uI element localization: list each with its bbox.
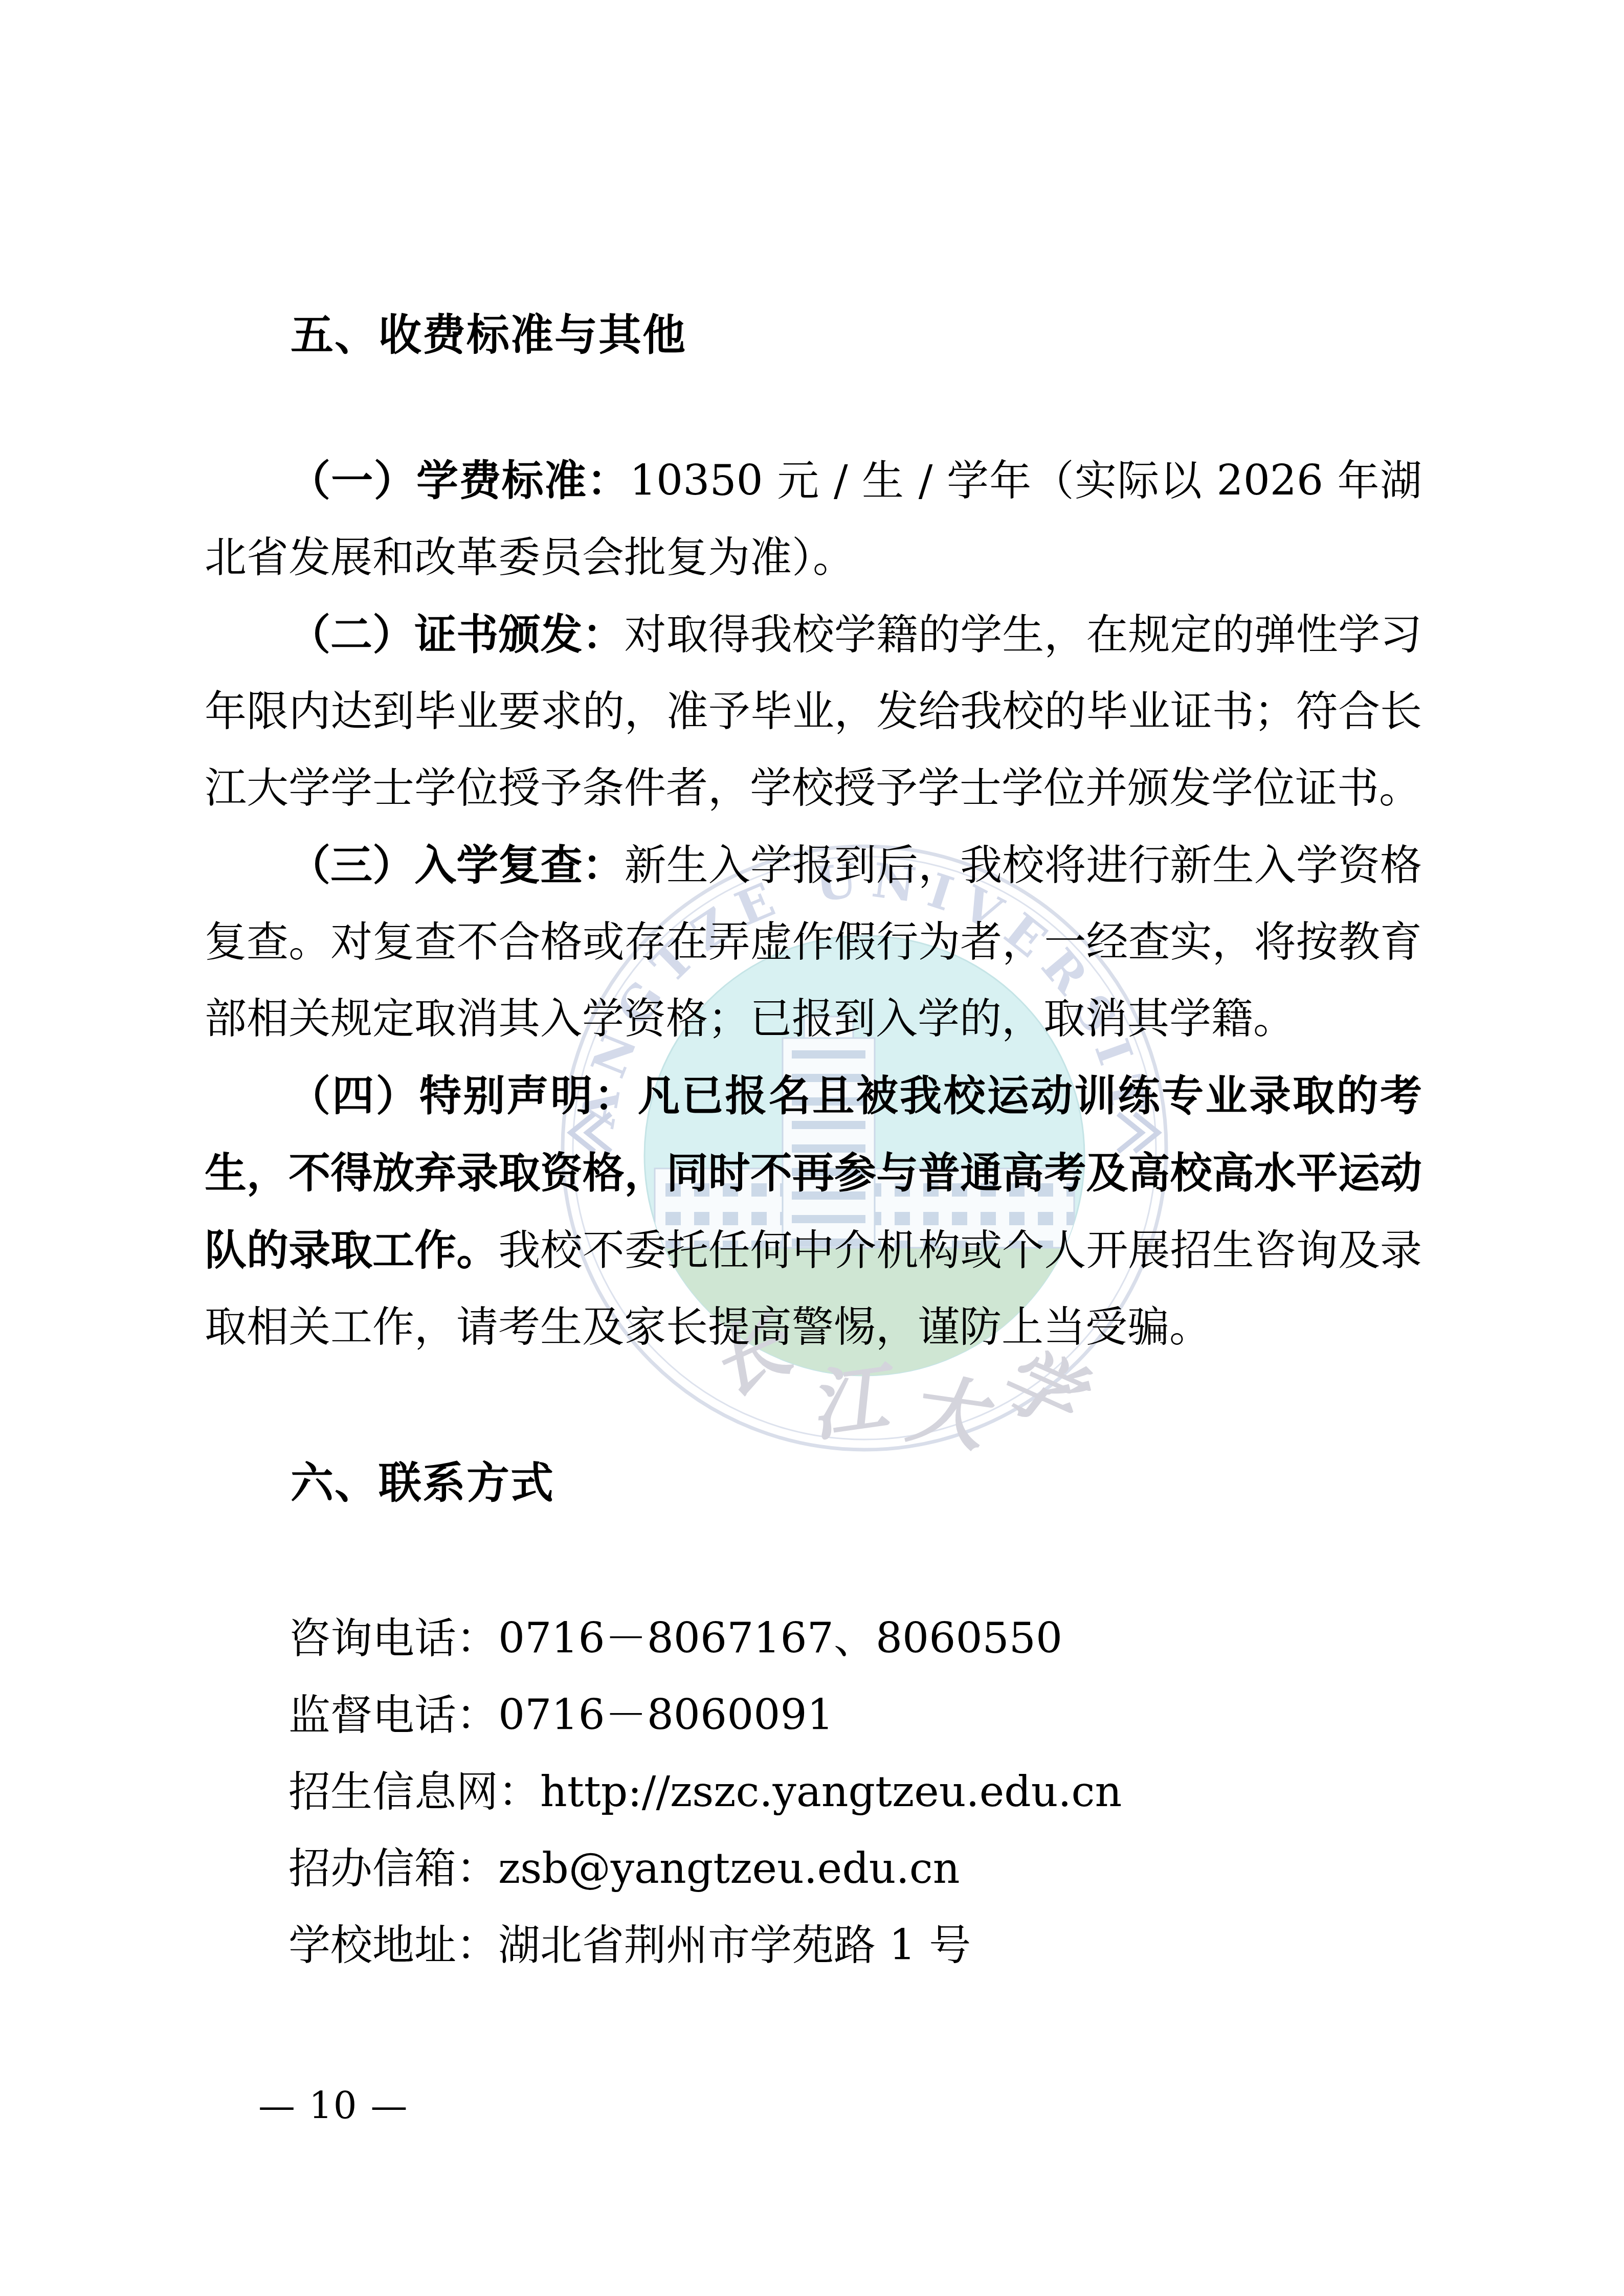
contact-phone-line: 咨询电话：0716－8067167、8060550 [205, 1601, 1422, 1677]
supervision-phone-line: 监督电话：0716－8060091 [205, 1677, 1422, 1754]
paragraph-recheck: （三）入学复查：新生入学报到后，我校将进行新生入学资格复查。对复查不合格或存在弄… [205, 827, 1422, 1057]
paragraph-certificate: （二）证书颁发：对取得我校学籍的学生，在规定的弹性学习年限内达到毕业要求的，准予… [205, 596, 1422, 827]
paragraph-label: （四）特别声明： [288, 1071, 638, 1120]
paragraph-label: （三）入学复查： [288, 841, 625, 890]
paragraph-special-statement: （四）特别声明：凡已报名且被我校运动训练专业录取的考生，不得放弃录取资格，同时不… [205, 1057, 1422, 1366]
section-heading-fees: 五、收费标准与其他 [205, 307, 1508, 363]
admissions-website-line: 招生信息网：http://zszc.yangtzeu.edu.cn [205, 1754, 1422, 1831]
section-heading-contact: 六、联系方式 [205, 1455, 1508, 1511]
document-content: 五、收费标准与其他 （一）学费标准：10350 元 / 生 / 学年（实际以 2… [0, 0, 1624, 2296]
page-number: — 10 — [258, 2083, 408, 2129]
paragraph-tuition: （一）学费标准：10350 元 / 生 / 学年（实际以 2026 年湖北省发展… [205, 442, 1422, 596]
paragraph-label: （二）证书颁发： [288, 610, 625, 659]
admissions-email-line: 招办信箱：zsb@yangtzeu.edu.cn [205, 1831, 1422, 1907]
school-address-line: 学校地址：湖北省荆州市学苑路 1 号 [205, 1907, 1422, 1984]
paragraph-label: （一）学费标准： [288, 456, 630, 505]
contact-info-list: 咨询电话：0716－8067167、8060550 监督电话：0716－8060… [205, 1601, 1422, 1984]
document-page: YANGTZE UNIVERSITY 长 江 大 学 五、收费标准与其他 （一）… [0, 0, 1624, 2296]
fees-section-body: （一）学费标准：10350 元 / 生 / 学年（实际以 2026 年湖北省发展… [205, 442, 1422, 1366]
